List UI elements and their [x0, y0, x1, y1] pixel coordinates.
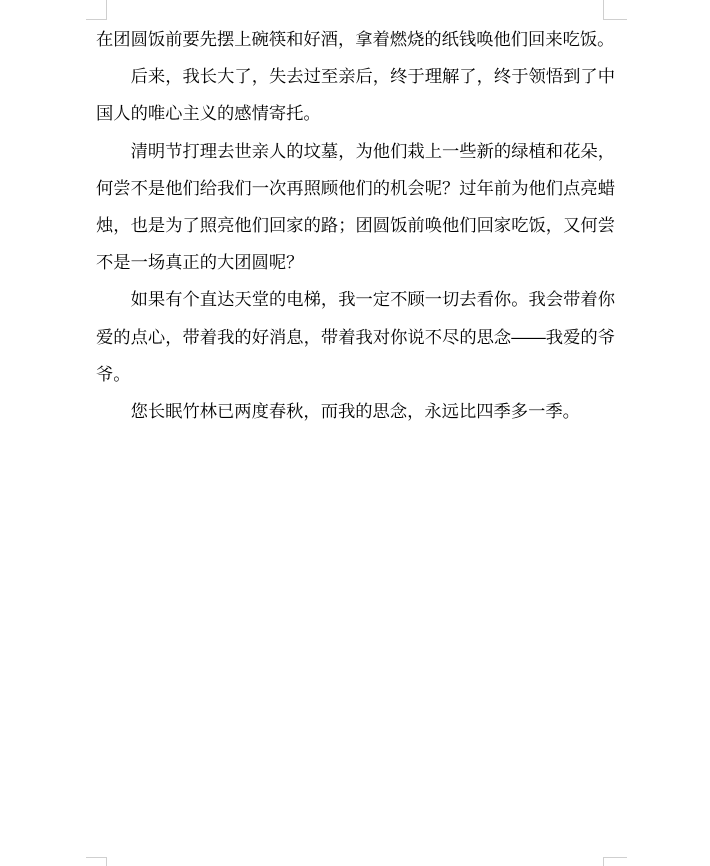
paragraph-1[interactable]: 在团圆饭前要先摆上碗筷和好酒，拿着燃烧的纸钱唤他们回来吃饭。 [96, 21, 615, 58]
crop-mark-top-left-horizontal [86, 19, 107, 20]
paragraph-3[interactable]: 清明节打理去世亲人的坟墓，为他们栽上一些新的绿植和花朵，何尝不是他们给我们一次再… [96, 133, 615, 282]
crop-mark-top-right-horizontal [603, 19, 627, 20]
paragraph-2[interactable]: 后来，我长大了，失去过至亲后，终于理解了，终于领悟到了中国人的唯心主义的感情寄托… [96, 58, 615, 132]
document-text-area[interactable]: 在团圆饭前要先摆上碗筷和好酒，拿着燃烧的纸钱唤他们回来吃饭。 后来，我长大了，失… [96, 21, 615, 430]
crop-mark-bottom-left-horizontal [86, 857, 107, 858]
crop-mark-bottom-right-horizontal [603, 857, 627, 858]
crop-mark-top-left-vertical [106, 0, 107, 19]
page-canvas: 在团圆饭前要先摆上碗筷和好酒，拿着燃烧的纸钱唤他们回来吃饭。 后来，我长大了，失… [0, 0, 710, 866]
paragraph-4[interactable]: 如果有个直达天堂的电梯，我一定不顾一切去看你。我会带着你爱的点心，带着我的好消息… [96, 281, 615, 393]
paragraph-5[interactable]: 您长眠竹林已两度春秋，而我的思念，永远比四季多一季。 [96, 393, 615, 430]
crop-mark-bottom-right-vertical [603, 857, 604, 866]
crop-mark-top-right-vertical [603, 0, 604, 19]
crop-mark-bottom-left-vertical [106, 857, 107, 866]
document-page: { "page": { "background_color": "#ffffff… [0, 0, 710, 866]
